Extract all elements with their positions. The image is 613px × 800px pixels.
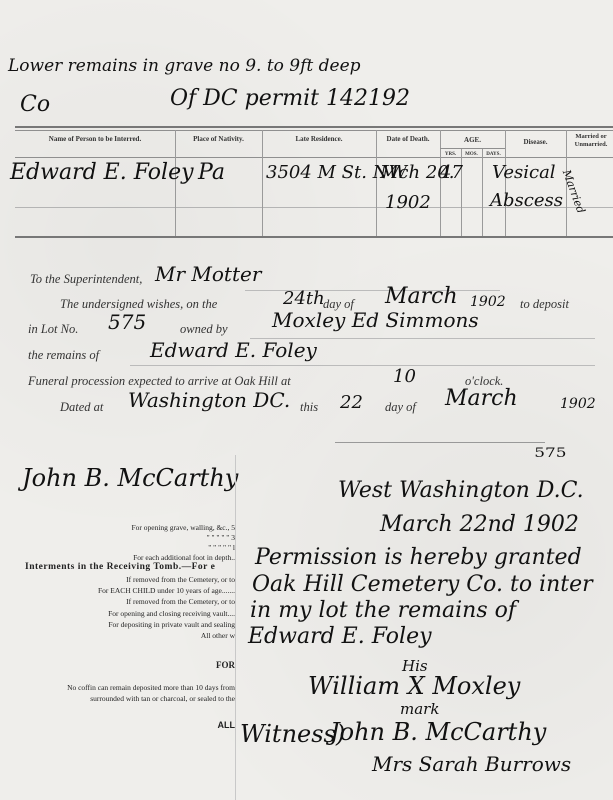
deposit-month: March [385,284,458,309]
signature-left: John B. McCarthy [22,464,238,492]
cell-name: Edward E. Foley [10,160,194,185]
line5-mid: this [300,400,318,415]
tomb-line: All other w [201,631,235,640]
line3-prefix: the remains of [28,348,99,363]
deposit-day: 24th [283,288,325,309]
overlay-edge [235,455,236,800]
document-page: Lower remains in grave no 9. to 9ft deep… [0,0,613,800]
cell-disease: Vesical [492,162,556,183]
notice-line: surrounded with tan or charcoal, or seal… [90,694,235,703]
cell-disease-line2: Abscess [490,190,563,211]
permission-mark: mark [400,700,439,718]
col-divider [440,130,441,236]
line1-suffix: to deposit [520,297,569,312]
line2-prefix: in Lot No. [28,322,78,337]
fee-line: " " " " " l [208,543,235,552]
superintendent-name: Mr Motter [155,262,261,286]
tomb-line: If removed from the Cemetery, or to [126,597,235,606]
line4-prefix: Funeral procession expected to arrive at… [28,374,291,389]
tomb-line: If removed from the Cemetery, or to [126,575,235,584]
permission-date: March 22nd 1902 [380,512,579,537]
line2-mid: owned by [180,322,228,337]
cell-nativity: Pa [198,160,225,185]
remains-line [130,365,595,366]
header-age-mos: MOS. [461,151,482,159]
permission-signer: William X Moxley [308,672,520,700]
tomb-line: For opening and closing receiving vault.… [108,609,235,618]
header-age: AGE. [440,136,505,144]
fee-line: For each additional foot in depth.. [133,553,235,562]
cell-age-yrs: 47 [440,162,463,183]
signature-line [335,442,545,443]
header-left-mark: Co [20,92,50,117]
permit-line: Of DC permit 142192 [170,86,410,111]
permission-place: West Washington D.C. [338,478,584,503]
dated-day: 22 [340,392,363,413]
notice-line: No coffin can remain deposited more than… [67,683,235,692]
permission-line: Permission is hereby granted [255,545,582,570]
header-name: Name of Person to be Interred. [15,135,175,143]
header-married: Married or Unmarried. [566,133,613,149]
tomb-line: For EACH CHILD under 10 years of age....… [98,586,235,595]
dated-at: Washington DC. [128,388,290,412]
fee-line: " " " " " 3 [207,533,235,542]
permission-line: Edward E. Foley [248,624,432,649]
dated-year: 1902 [560,396,596,412]
header-disease: Disease. [505,138,566,146]
all-heading: ALL [218,720,236,730]
table-top-rule [15,126,613,128]
line5-mid2: day of [385,400,416,415]
col-divider [262,130,263,236]
header-age-days: DAYS. [482,151,505,159]
fee-line: For opening grave, walling, &c., 5 [131,523,235,532]
lot-number: 575 [108,310,146,334]
header-date-of-death: Date of Death. [376,135,440,143]
header-residence: Late Residence. [262,135,376,143]
col-divider [376,130,377,236]
tomb-line: For depositing in private vault and seal… [108,620,235,629]
witness-2: Mrs Sarah Burrows [372,752,571,776]
header-age-yrs: YRS. [440,151,461,159]
remains-of: Edward E. Foley [150,338,317,362]
to-label: To the Superintendent, [30,272,142,287]
witness-1: John B. McCarthy [330,718,546,746]
fee-schedule: For opening grave, walling, &c., 5 " " "… [0,520,235,800]
right-mark: 575 [534,446,566,461]
permission-line: Oak Hill Cemetery Co. to inter [252,572,593,597]
permission-line: in my lot the remains of [250,598,516,623]
receiving-tomb-heading: Interments in the Receiving Tomb.—For e [25,562,215,572]
cell-married: Married [560,168,588,215]
arrival-time: 10 [393,366,416,387]
cell-date-of-death-year: 1902 [385,192,431,213]
header-nativity: Place of Nativity. [175,135,262,143]
lot-owner: Moxley Ed Simmons [272,308,479,332]
top-note: Lower remains in grave no 9. to 9ft deep [8,56,361,76]
for-heading: FOR [216,660,235,670]
table-bottom-rule [15,236,613,238]
table-header-rule [15,157,613,158]
col-divider [482,148,483,236]
age-subheader-rule [440,148,505,149]
dated-month: March [445,386,518,411]
line5-prefix: Dated at [60,400,103,415]
table-top-rule-2 [15,130,613,131]
